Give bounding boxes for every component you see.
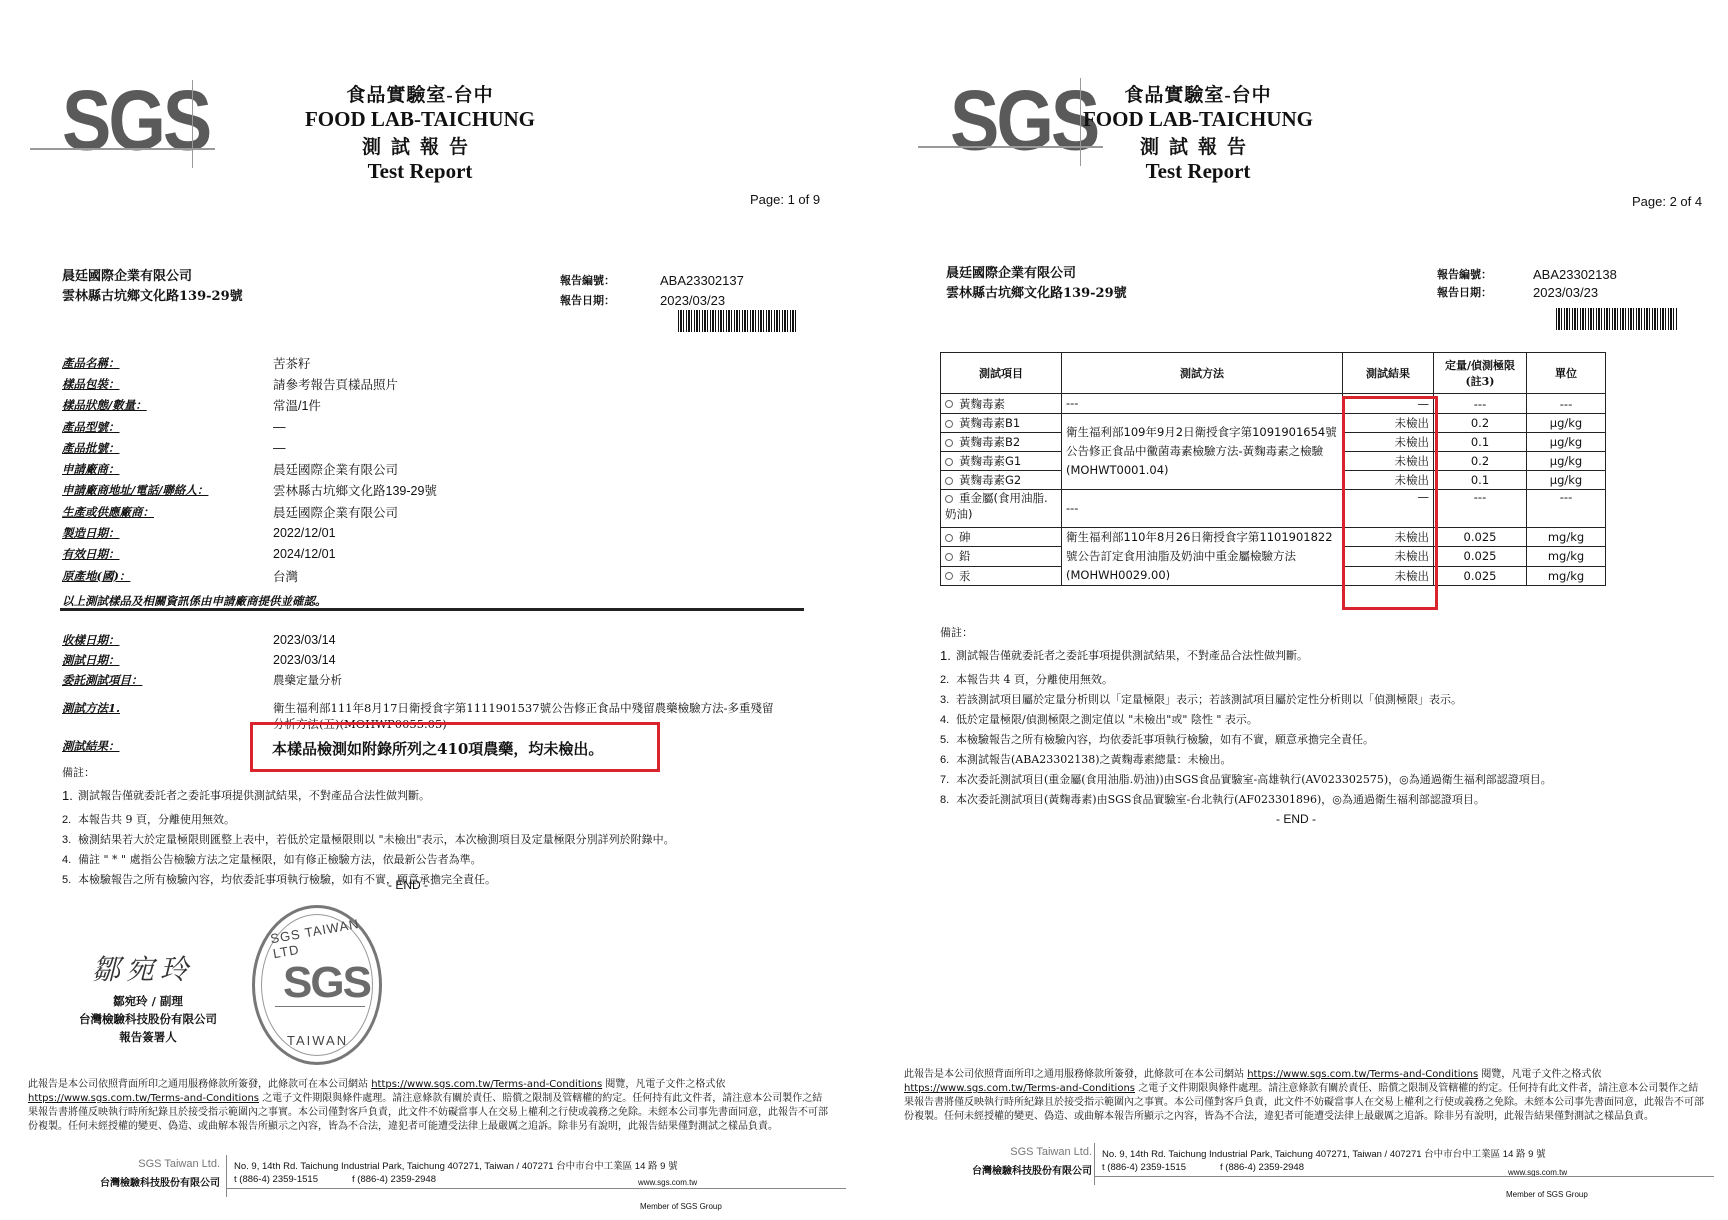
cell-limit: 0.025 [1434, 547, 1527, 566]
col-limit: 定量/偵測極限(註3) [1434, 353, 1527, 394]
barcode [1556, 308, 1678, 330]
footer-address: No. 9, 14th Rd. Taichung Industrial Park… [234, 1158, 678, 1172]
footer-fax: f (886-4) 2359-2948 [1220, 1162, 1304, 1173]
note-item: 4.備註 " * " 處指公告檢驗方法之定量極限，如有修正檢驗方法，依最新公告者… [62, 850, 842, 870]
field-row: 收樣日期：2023/03/14 [62, 630, 822, 650]
cell-test-item: 黃麴毒素G2 [941, 471, 1062, 490]
cell-test-method: 衛生福利部109年9月2日衛授食字第1091901654號公告修正食品中黴菌毒素… [1062, 414, 1343, 490]
note-item: 7.本次委託測試項目(重金屬(食用油脂.奶油))由SGS食品實驗室-高雄執行(A… [940, 770, 1720, 790]
results-table: 測試項目 測試方法 測試結果 定量/偵測極限(註3) 單位 黃麴毒素---—--… [940, 352, 1606, 586]
end-mark: - END - [388, 878, 428, 892]
report-date-label: 報告日期： [1437, 284, 1499, 300]
field-row: 產品型號：— [62, 416, 822, 437]
handwritten-signature: 鄒宛玲 [92, 948, 194, 988]
field-value: 苦茶籽 [273, 354, 311, 372]
field-row: 製造日期：2022/12/01 [62, 522, 822, 543]
sgs-company-stamp: SGS TAIWAN LTD SGS TAIWAN [252, 905, 382, 1065]
cell-test-method: 衛生福利部110年8月26日衛授食字第1101901822號公告訂定食用油脂及奶… [1062, 528, 1343, 586]
test-result-value: 本樣品檢測如附錄所列之410項農藥，均未檢出。 [272, 738, 603, 759]
field-value: 請參考報告頁樣品照片 [273, 375, 398, 393]
report-number-label: 報告編號： [560, 272, 630, 288]
cell-limit: 0.025 [1434, 528, 1527, 547]
footer-company-en: SGS Taiwan Ltd. [902, 1146, 1092, 1158]
note-item: 3.若該測試項目屬於定量分析則以「定量極限」表示；若該測試項目屬於定性分析則以「… [940, 690, 1720, 710]
field-row: 產品名稱：苦茶籽 [62, 352, 822, 373]
col-unit: 單位 [1527, 353, 1606, 394]
field-row: 產品批號：— [62, 437, 822, 458]
cell-unit: mg/kg [1527, 547, 1606, 566]
field-row: 樣品包裝：請參考報告頁樣品照片 [62, 373, 822, 394]
field-value: 晨廷國際企業有限公司 [273, 503, 398, 521]
confirm-statement: 以上測試樣品及相關資訊係由申請廠商提供並確認。 [62, 590, 327, 609]
field-label: 樣品狀態/數量： [62, 397, 273, 413]
report-number-label: 報告編號： [1437, 266, 1499, 282]
client-block: 晨廷國際企業有限公司 雲林縣古坑鄉文化路139-29號 [62, 267, 243, 307]
cell-test-method: --- [1062, 394, 1343, 414]
cell-limit: --- [1434, 490, 1527, 528]
bullet-icon [945, 572, 953, 580]
footer-tel: t (886-4) 2359-1515 [234, 1174, 318, 1185]
legal-disclaimer: 此報告是本公司依照背面所印之通用服務條款所簽發，此條款可在本公司網站 https… [904, 1068, 1704, 1124]
note-item: 2.本報告共 4 頁，分離使用無效。 [940, 670, 1720, 690]
logo-rule-vertical [192, 80, 193, 168]
logo-rule [30, 148, 215, 150]
field-label: 測試日期： [62, 652, 273, 668]
notes-list: 1.測試報告僅就委託者之委託事項提供測試結果，不對產品合法性做判斷。2.本報告共… [940, 642, 1720, 810]
footer-fax: f (886-4) 2359-2948 [352, 1174, 436, 1185]
field-label: 生產或供應廠商： [62, 504, 273, 520]
terms-link[interactable]: https://www.sgs.com.tw/Terms-and-Conditi… [904, 1083, 1135, 1094]
field-label: 產品型號： [62, 419, 273, 435]
field-row: 測試日期：2023/03/14 [62, 650, 822, 670]
lab-name-en: FOOD LAB-TAICHUNG [270, 107, 570, 132]
cell-limit: --- [1434, 394, 1527, 414]
field-value: 2024/12/01 [273, 547, 336, 561]
field-value: 常溫/1件 [273, 396, 321, 414]
cell-unit: μg/kg [1527, 471, 1606, 490]
terms-link[interactable]: https://www.sgs.com.tw/Terms-and-Conditi… [371, 1079, 602, 1090]
report-title-en: Test Report [270, 159, 570, 184]
bullet-icon [945, 439, 953, 447]
field-label: 製造日期： [62, 525, 273, 541]
notes-heading: 備註： [62, 764, 95, 780]
footer-company-cn: 台灣檢驗科技股份有限公司 [30, 1174, 220, 1189]
report-title-cn: 測試報告 [270, 132, 570, 159]
cell-unit: --- [1527, 394, 1606, 414]
client-address: 雲林縣古坑鄉文化路139-29號 [946, 284, 1127, 304]
test-info-fields: 收樣日期：2023/03/14測試日期：2023/03/14委託測試項目：農藥定… [62, 630, 822, 690]
notes-list: 1.測試報告僅就委託者之委託事項提供測試結果，不對產品合法性做判斷。2.本報告共… [62, 782, 842, 890]
page-number: Page: 1 of 9 [750, 192, 820, 207]
page-number: Page: 2 of 4 [1632, 194, 1702, 209]
footer-company-en: SGS Taiwan Ltd. [30, 1158, 220, 1170]
bullet-icon [945, 495, 953, 503]
cell-test-item: 汞 [941, 566, 1062, 585]
client-address: 雲林縣古坑鄉文化路139-29號 [62, 287, 243, 307]
signer-block: 鄒宛玲 / 副理 台灣檢驗科技股份有限公司 報告簽署人 [58, 992, 238, 1046]
field-label: 申請廠商： [62, 461, 273, 477]
field-label: 原產地(國)： [62, 568, 273, 584]
cell-unit: --- [1527, 490, 1606, 528]
note-item: 5.本檢驗報告之所有檢驗內容，均依委託事項執行檢驗，如有不實，願意承擔完全責任。 [940, 730, 1720, 750]
col-test-item: 測試項目 [941, 353, 1062, 394]
field-label: 有效日期： [62, 546, 273, 562]
end-mark: - END - [1276, 812, 1316, 826]
cell-test-item: 砷 [941, 528, 1062, 547]
test-result-label: 測試結果： [62, 738, 120, 754]
lab-name-en: FOOD LAB-TAICHUNG [1048, 107, 1348, 132]
field-value: 2023/03/14 [273, 653, 336, 667]
client-name: 晨廷國際企業有限公司 [62, 267, 243, 287]
table-row: 黃麴毒素B1衛生福利部109年9月2日衛授食字第1091901654號公告修正食… [941, 414, 1606, 433]
field-row: 有效日期：2024/12/01 [62, 544, 822, 565]
cell-unit: μg/kg [1527, 433, 1606, 452]
footer-address: No. 9, 14th Rd. Taichung Industrial Park… [1102, 1146, 1546, 1160]
note-item: 1.測試報告僅就委託者之委託事項提供測試結果，不對產品合法性做判斷。 [940, 642, 1720, 670]
note-item: 5.本檢驗報告之所有檢驗內容，均依委託事項執行檢驗，如有不實，願意承擔完全責任。 [62, 870, 842, 890]
bullet-icon [945, 553, 953, 561]
test-report-page-2: SGS 食品實驗室-台中 FOOD LAB-TAICHUNG 測試報告 Test… [872, 0, 1728, 1220]
table-row: 重金屬(食用油脂.奶油)---—------ [941, 490, 1606, 528]
report-date: 2023/03/23 [660, 293, 725, 308]
field-row: 委託測試項目：農藥定量分析 [62, 670, 822, 690]
test-report-page-1: SGS 食品實驗室-台中 FOOD LAB-TAICHUNG 測試報告 Test… [0, 0, 864, 1220]
result-column-highlight-box [1342, 396, 1438, 610]
cell-test-item: 鉛 [941, 547, 1062, 566]
footer-member: Member of SGS Group [640, 1202, 722, 1211]
field-label: 申請廠商地址/電話/聯絡人： [62, 482, 273, 498]
field-value: 雲林縣古坑鄉文化路139-29號 [273, 481, 437, 499]
field-row: 申請廠商：晨廷國際企業有限公司 [62, 458, 822, 479]
col-test-result: 測試結果 [1343, 353, 1434, 394]
field-row: 申請廠商地址/電話/聯絡人：雲林縣古坑鄉文化路139-29號 [62, 480, 822, 501]
cell-unit: μg/kg [1527, 452, 1606, 471]
sample-info-fields: 產品名稱：苦茶籽樣品包裝：請參考報告頁樣品照片樣品狀態/數量：常溫/1件產品型號… [62, 352, 822, 586]
table-row: 砷衛生福利部110年8月26日衛授食字第1101901822號公告訂定食用油脂及… [941, 528, 1606, 547]
signer-name-title: 鄒宛玲 / 副理 [58, 992, 238, 1010]
footer-member: Member of SGS Group [1506, 1190, 1588, 1199]
report-date: 2023/03/23 [1533, 285, 1598, 300]
field-value: 台灣 [273, 567, 298, 585]
terms-link[interactable]: https://www.sgs.com.tw/Terms-and-Conditi… [1247, 1069, 1478, 1080]
report-title-cn: 測試報告 [1048, 132, 1348, 159]
report-meta: 報告編號： ABA23302137 報告日期： 2023/03/23 [560, 270, 744, 310]
cell-test-method: --- [1062, 490, 1343, 528]
signer-company: 台灣檢驗科技股份有限公司 [58, 1010, 238, 1028]
note-item: 6.本測試報告(ABA23302138)之黃麴毒素總量：未檢出。 [940, 750, 1720, 770]
sgs-logo: SGS [62, 78, 209, 163]
cell-unit: mg/kg [1527, 566, 1606, 585]
field-row: 原產地(國)：台灣 [62, 565, 822, 586]
field-value: 農藥定量分析 [273, 672, 342, 688]
footer-website[interactable]: www.sgs.com.tw [638, 1178, 697, 1187]
cell-test-item: 黃麴毒素B1 [941, 414, 1062, 433]
client-block: 晨廷國際企業有限公司 雲林縣古坑鄉文化路139-29號 [946, 264, 1127, 304]
field-value: 晨廷國際企業有限公司 [273, 460, 398, 478]
footer-company-cn: 台灣檢驗科技股份有限公司 [902, 1162, 1092, 1177]
table-row: 黃麴毒素---—------ [941, 394, 1606, 414]
cell-limit: 0.025 [1434, 566, 1527, 585]
note-item: 4.低於定量極限/偵測極限之測定值以 "未檢出"或" 陰性 " 表示。 [940, 710, 1720, 730]
results-table-wrap: 測試項目 測試方法 測試結果 定量/偵測極限(註3) 單位 黃麴毒素---—--… [940, 352, 1606, 586]
bullet-icon [945, 400, 953, 408]
page-gap [864, 0, 872, 1220]
report-number: ABA23302138 [1533, 267, 1617, 282]
report-meta: 報告編號： ABA23302138 報告日期： 2023/03/23 [1437, 265, 1617, 301]
signer-role: 報告簽署人 [58, 1028, 238, 1046]
bullet-icon [945, 420, 953, 428]
cell-test-item: 重金屬(食用油脂.奶油) [941, 490, 1062, 528]
stamp-logo: SGS [283, 958, 370, 1008]
test-method-label: 測試方法1. [62, 700, 120, 716]
terms-link[interactable]: https://www.sgs.com.tw/Terms-and-Conditi… [28, 1093, 259, 1104]
footer-tel: t (886-4) 2359-1515 [1102, 1162, 1186, 1173]
cell-test-item: 黃麴毒素 [941, 394, 1062, 414]
field-value: 2022/12/01 [273, 526, 336, 540]
field-value: — [273, 420, 286, 434]
stamp-bottom-text: TAIWAN [287, 1033, 348, 1048]
lab-name-cn: 食品實驗室-台中 [270, 80, 570, 107]
field-value: 2023/03/14 [273, 633, 336, 647]
field-label: 樣品包裝： [62, 376, 273, 392]
report-header: 食品實驗室-台中 FOOD LAB-TAICHUNG 測試報告 Test Rep… [1048, 80, 1348, 184]
note-item: 8.本次委託測試項目(黃麴毒素)由SGS食品實驗室-台北執行(AF0233018… [940, 790, 1720, 810]
bullet-icon [945, 534, 953, 542]
field-row: 樣品狀態/數量：常溫/1件 [62, 395, 822, 416]
client-name: 晨廷國際企業有限公司 [946, 264, 1127, 284]
field-label: 產品批號： [62, 440, 273, 456]
lab-name-cn: 食品實驗室-台中 [1048, 80, 1348, 107]
report-number: ABA23302137 [660, 273, 744, 288]
bullet-icon [945, 477, 953, 485]
legal-disclaimer: 此報告是本公司依照背面所印之通用服務條款所簽發，此條款可在本公司網站 https… [28, 1078, 828, 1134]
field-label: 收樣日期： [62, 632, 273, 648]
field-row: 生產或供應廠商：晨廷國際企業有限公司 [62, 501, 822, 522]
field-label: 產品名稱： [62, 355, 273, 371]
field-value: — [273, 441, 286, 455]
col-test-method: 測試方法 [1062, 353, 1343, 394]
bullet-icon [945, 458, 953, 466]
cell-limit: 0.2 [1434, 414, 1527, 433]
field-label: 委託測試項目： [62, 672, 273, 688]
notes-heading: 備註： [940, 624, 973, 640]
note-item: 3.檢測結果若大於定量極限則匯整上表中，若低於定量極限則以 "未檢出"表示，本次… [62, 830, 842, 850]
cell-test-item: 黃麴毒素B2 [941, 433, 1062, 452]
cell-unit: mg/kg [1527, 528, 1606, 547]
table-header-row: 測試項目 測試方法 測試結果 定量/偵測極限(註3) 單位 [941, 353, 1606, 394]
note-item: 1.測試報告僅就委託者之委託事項提供測試結果，不對產品合法性做判斷。 [62, 782, 842, 810]
cell-limit: 0.2 [1434, 452, 1527, 471]
cell-limit: 0.1 [1434, 471, 1527, 490]
report-title-en: Test Report [1048, 159, 1348, 184]
section-rule [60, 608, 804, 611]
cell-unit: μg/kg [1527, 414, 1606, 433]
cell-limit: 0.1 [1434, 433, 1527, 452]
report-header: 食品實驗室-台中 FOOD LAB-TAICHUNG 測試報告 Test Rep… [270, 80, 570, 184]
cell-test-item: 黃麴毒素G1 [941, 452, 1062, 471]
report-date-label: 報告日期： [560, 292, 630, 308]
barcode [678, 310, 798, 332]
note-item: 2.本報告共 9 頁，分離使用無效。 [62, 810, 842, 830]
